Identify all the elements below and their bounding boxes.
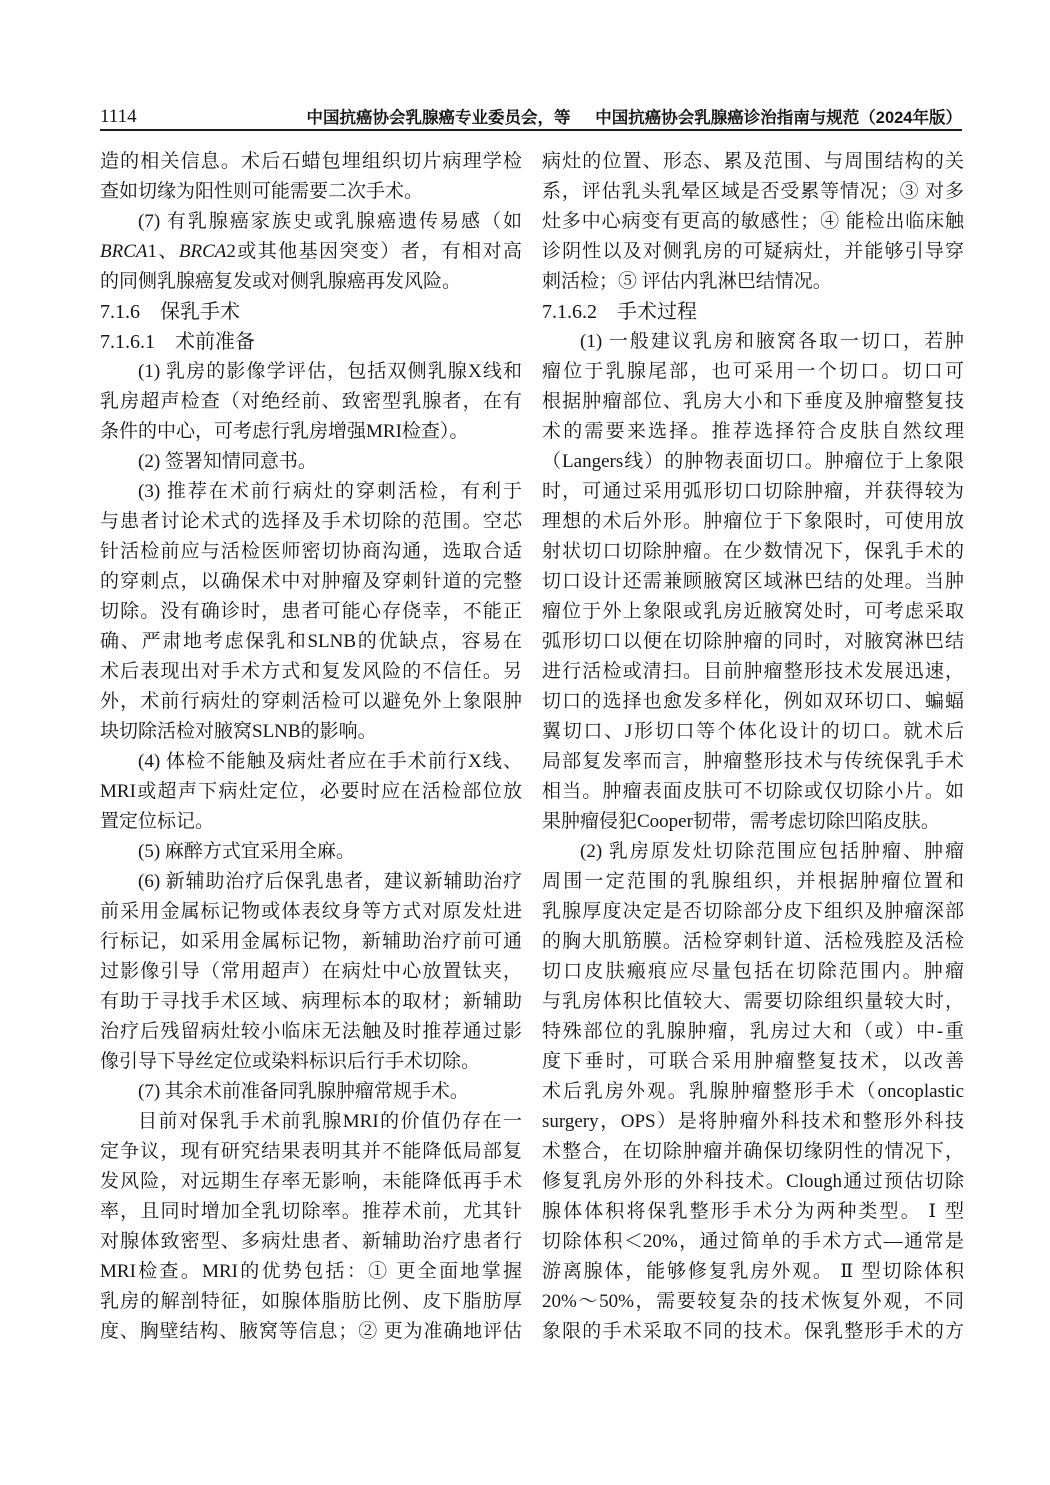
- text-line: 术整合，在切除肿瘤并确保切缘阴性的情况下，: [542, 1137, 964, 1167]
- text-line: 确、严肃地考虑保乳和SLNB的优缺点，容易在: [100, 627, 522, 657]
- text-line: 术的需要来选择。推荐选择符合皮肤自然纹理: [542, 417, 964, 447]
- text-line: 的穿刺点，以确保术中对肿瘤及穿刺针道的完整: [100, 567, 522, 597]
- text-line: 度、胸壁结构、腋窝等信息；② 更为准确地评估: [100, 1317, 522, 1347]
- text-line: 特殊部位的乳腺肿瘤，乳房过大和（或）中-重: [542, 1017, 964, 1047]
- column-right: 病灶的位置、形态、累及范围、与周围结构的关系，评估乳头乳晕区域是否受累等情况；③…: [542, 147, 964, 1347]
- text-line: (2) 签署知情同意书。: [100, 447, 522, 477]
- text-line: 定争议，现有研究结果表明其并不能降低局部复: [100, 1137, 522, 1167]
- text-line: 根据肿瘤部位、乳房大小和下垂度及肿瘤整复技: [542, 387, 964, 417]
- text-line: 块切除活检对腋窝SLNB的影响。: [100, 717, 522, 747]
- text-line: 乳房超声检查（对绝经前、致密型乳腺者，在有: [100, 387, 522, 417]
- text-line: 诊阴性以及对侧乳房的可疑病灶，并能够引导穿: [542, 237, 964, 267]
- text-line: 切口皮肤瘢痕应尽量包括在切除范围内。肿瘤: [542, 957, 964, 987]
- text-line: 系，评估乳头乳晕区域是否受累等情况；③ 对多: [542, 177, 964, 207]
- text-line: 切口的选择也愈发多样化，例如双环切口、蝙蝠: [542, 687, 964, 717]
- running-head-authors: 中国抗癌协会乳腺癌专业委员会，等: [307, 109, 571, 127]
- text-line: 周围一定范围的乳腺组织，并根据肿瘤位置和: [542, 867, 964, 897]
- running-head-title: 中国抗癌协会乳腺癌诊治指南与规范（2024年版）: [595, 109, 962, 127]
- text-line: 条件的中心，可考虑行乳房增强MRI检查）。: [100, 417, 522, 447]
- text-line: 果肿瘤侵犯Cooper韧带，需考虑切除凹陷皮肤。: [542, 807, 964, 837]
- text-line: 度下垂时，可联合采用肿瘤整复技术，以改善: [542, 1047, 964, 1077]
- column-left: 造的相关信息。术后石蜡包埋组织切片病理学检查如切缘为阳性则可能需要二次手术。(7…: [100, 147, 522, 1347]
- text-line: 术后表现出对手术方式和复发风险的不信任。另: [100, 657, 522, 687]
- gene-name-italic: BRCA: [179, 241, 227, 262]
- text-line: 20%～50%，需要较复杂的技术恢复外观，不同: [542, 1287, 964, 1317]
- text-line: (3) 推荐在术前行病灶的穿刺活检，有利于: [100, 477, 522, 507]
- text-line: 发风险，对远期生存率无影响，未能降低再手术: [100, 1167, 522, 1197]
- text-line: MRI检查。MRI的优势包括：① 更全面地掌握: [100, 1257, 522, 1287]
- text-line: 乳腺厚度决定是否切除部分皮下组织及肿瘤深部: [542, 897, 964, 927]
- text-line: 治疗后残留病灶较小临床无法触及时推荐通过影: [100, 1017, 522, 1047]
- text-line: 病灶的位置、形态、累及范围、与周围结构的关: [542, 147, 964, 177]
- text-line: 进行活检或清扫。目前肿瘤整形技术发展迅速，: [542, 657, 964, 687]
- text-line: (6) 新辅助治疗后保乳患者，建议新辅助治疗: [100, 867, 522, 897]
- text-line: 射状切口切除肿瘤。在少数情况下，保乳手术的: [542, 537, 964, 567]
- text-line: 的胸大肌筋膜。活检穿刺针道、活检残腔及活检: [542, 927, 964, 957]
- text-line: 局部复发率而言，肿瘤整形技术与传统保乳手术: [542, 747, 964, 777]
- text-line: 瘤位于乳腺尾部，也可采用一个切口。切口可: [542, 357, 964, 387]
- page-header: 1114 中国抗癌协会乳腺癌专业委员会，等中国抗癌协会乳腺癌诊治指南与规范（20…: [100, 103, 962, 131]
- text-line: 与患者讨论术式的选择及手术切除的范围。空芯: [100, 507, 522, 537]
- text-line: （Langers线）的肿物表面切口。肿瘤位于上象限: [542, 447, 964, 477]
- text-line: 乳房的解剖特征，如腺体脂肪比例、皮下脂肪厚: [100, 1287, 522, 1317]
- text-line: 术后乳房外观。乳腺肿瘤整形手术（oncoplastic: [542, 1077, 964, 1107]
- text-line: 对腺体致密型、多病灶患者、新辅助治疗患者行: [100, 1227, 522, 1257]
- text-line: 切除体积＜20%，通过简单的手术方式—通常是: [542, 1227, 964, 1257]
- text-line: (5) 麻醉方式宜采用全麻。: [100, 837, 522, 867]
- page-number: 1114: [100, 107, 137, 126]
- document-page: 1114 中国抗癌协会乳腺癌专业委员会，等中国抗癌协会乳腺癌诊治指南与规范（20…: [0, 0, 1050, 1485]
- text-line: 与乳房体积比值较大、需要切除组织量较大时，: [542, 987, 964, 1017]
- text-line: (4) 体检不能触及病灶者应在手术前行X线、: [100, 747, 522, 777]
- text-line: (1) 乳房的影像学评估，包括双侧乳腺X线和: [100, 357, 522, 387]
- section-heading: 7.1.6.1 术前准备: [100, 327, 522, 357]
- text-line: 目前对保乳手术前乳腺MRI的价值仍存在一: [100, 1107, 522, 1137]
- page-body: 造的相关信息。术后石蜡包埋组织切片病理学检查如切缘为阳性则可能需要二次手术。(7…: [100, 147, 964, 1347]
- text-line: 针活检前应与活检医师密切协商沟通，选取合适: [100, 537, 522, 567]
- text-line: 理想的术后外形。肿瘤位于下象限时，可使用放: [542, 507, 964, 537]
- text-line: 弧形切口以便在切除肿瘤的同时，对腋窝淋巴结: [542, 627, 964, 657]
- text-line: 灶多中心病变有更高的敏感性；④ 能检出临床触: [542, 207, 964, 237]
- text-line: 置定位标记。: [100, 807, 522, 837]
- text-line: 造的相关信息。术后石蜡包埋组织切片病理学检: [100, 147, 522, 177]
- text-line: (2) 乳房原发灶切除范围应包括肿瘤、肿瘤: [542, 837, 964, 867]
- text-line: (7) 有乳腺癌家族史或乳腺癌遗传易感（如: [100, 207, 522, 237]
- section-heading: 7.1.6 保乳手术: [100, 297, 522, 327]
- text-line: 有助于寻找手术区域、病理标本的取材；新辅助: [100, 987, 522, 1017]
- text-line: (7) 其余术前准备同乳腺肿瘤常规手术。: [100, 1077, 522, 1107]
- section-heading: 7.1.6.2 手术过程: [542, 297, 964, 327]
- text-line: 象限的手术采取不同的技术。保乳整形手术的方: [542, 1317, 964, 1347]
- text-line: 前采用金属标记物或体表纹身等方式对原发灶进: [100, 897, 522, 927]
- text-line: 行标记，如采用金属标记物，新辅助治疗前可通: [100, 927, 522, 957]
- text-line: 时，可通过采用弧形切口切除肿瘤，并获得较为: [542, 477, 964, 507]
- text-line: 切除。没有确诊时，患者可能心存侥幸，不能正: [100, 597, 522, 627]
- text-line: 查如切缘为阳性则可能需要二次手术。: [100, 177, 522, 207]
- gene-name-italic: BRCA: [100, 241, 148, 262]
- text-line: 修复乳房外形的外科技术。Clough通过预估切除: [542, 1167, 964, 1197]
- text-line: MRI或超声下病灶定位，必要时应在活检部位放: [100, 777, 522, 807]
- text-line: 的同侧乳腺癌复发或对侧乳腺癌再发风险。: [100, 267, 522, 297]
- text-line: 刺活检；⑤ 评估内乳淋巴结情况。: [542, 267, 964, 297]
- text-line: surgery，OPS）是将肿瘤外科技术和整形外科技: [542, 1107, 964, 1137]
- text-line: 切口设计还需兼顾腋窝区域淋巴结的处理。当肿: [542, 567, 964, 597]
- running-head: 中国抗癌协会乳腺癌专业委员会，等中国抗癌协会乳腺癌诊治指南与规范（2024年版）: [307, 110, 962, 127]
- text-line: 率，且同时增加全乳切除率。推荐术前，尤其针: [100, 1197, 522, 1227]
- text-line: 相当。肿瘤表面皮肤可不切除或仅切除小片。如: [542, 777, 964, 807]
- text-line: (1) 一般建议乳房和腋窝各取一切口，若肿: [542, 327, 964, 357]
- text-line: BRCA1、BRCA2或其他基因突变）者，有相对高: [100, 237, 522, 267]
- text-line: 瘤位于外上象限或乳房近腋窝处时，可考虑采取: [542, 597, 964, 627]
- text-line: 像引导下导丝定位或染料标识后行手术切除。: [100, 1047, 522, 1077]
- text-line: 外，术前行病灶的穿刺活检可以避免外上象限肿: [100, 687, 522, 717]
- text-line: 腺体体积将保乳整形手术分为两种类型。 Ⅰ 型: [542, 1197, 964, 1227]
- text-line: 游离腺体，能够修复乳房外观。 Ⅱ 型切除体积: [542, 1257, 964, 1287]
- text-line: 翼切口、J形切口等个体化设计的切口。就术后: [542, 717, 964, 747]
- text-line: 过影像引导（常用超声）在病灶中心放置钛夹，: [100, 957, 522, 987]
